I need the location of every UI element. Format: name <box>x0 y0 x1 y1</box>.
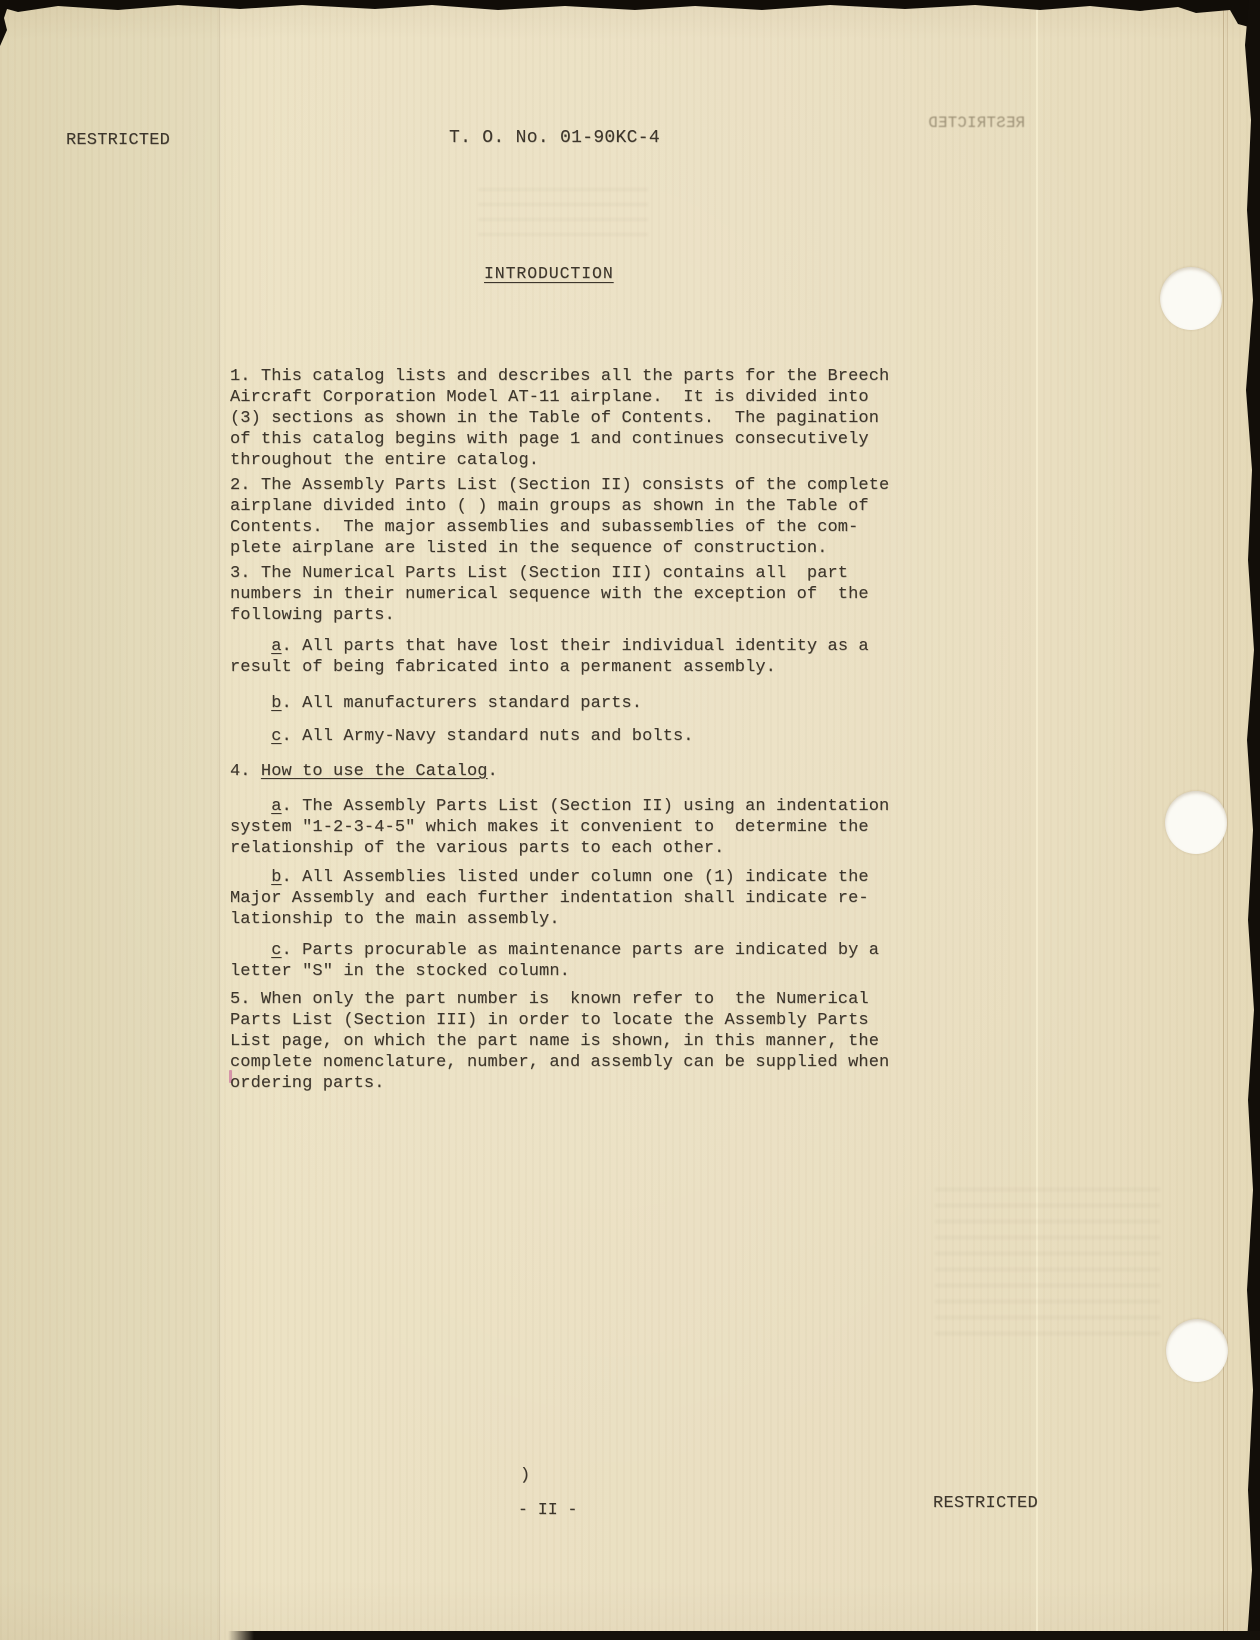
footer-classification: RESTRICTED <box>933 1493 1038 1515</box>
paragraph-5: 5. When only the part number is known re… <box>230 989 889 1094</box>
hole-punch-middle <box>1165 791 1227 854</box>
text-line: c. Parts procurable as maintenance parts… <box>230 940 879 961</box>
stray-paren-mark: ) <box>520 1465 530 1487</box>
text-line: throughout the entire catalog. <box>230 450 889 471</box>
text-line: b. All manufacturers standard parts. <box>230 693 642 714</box>
scan-edge-right <box>1244 0 1260 1640</box>
underlined-text: c <box>271 941 281 960</box>
scanned-document-page: RESTRICTED T. O. No. 01-90KC-4 RESTRICTE… <box>0 0 1260 1640</box>
text-line: Major Assembly and each further indentat… <box>230 888 869 909</box>
text-line: system "1-2-3-4-5" which makes it conven… <box>230 817 889 838</box>
text-line: c. All Army-Navy standard nuts and bolts… <box>230 726 694 747</box>
item-3a: a. All parts that have lost their indivi… <box>230 636 869 678</box>
text-segment: . All manufacturers standard parts. <box>282 694 643 713</box>
item-4b: b. All Assemblies listed under column on… <box>230 867 869 930</box>
text-line: List page, on which the part name is sho… <box>230 1031 889 1052</box>
item-3c: c. All Army-Navy standard nuts and bolts… <box>230 726 694 747</box>
text-line: a. All parts that have lost their indivi… <box>230 636 869 657</box>
paragraph-2: 2. The Assembly Parts List (Section II) … <box>230 475 889 559</box>
text-line: 5. When only the part number is known re… <box>230 989 889 1010</box>
underlined-text: c <box>271 727 281 746</box>
vertical-light-line <box>1036 0 1038 1640</box>
underlined-text: How to use the Catalog <box>261 762 488 781</box>
footer-page-number: - II - <box>518 1499 577 1521</box>
text-line: 1. This catalog lists and describes all … <box>230 366 889 387</box>
text-segment: 4. <box>230 762 261 781</box>
text-line: complete nomenclature, number, and assem… <box>230 1052 889 1073</box>
text-line: airplane divided into ( ) main groups as… <box>230 496 889 517</box>
bleed-through-restricted-text: RESTRICTED <box>928 112 1025 134</box>
underlined-text: a <box>271 637 281 656</box>
scan-edge-bottom <box>228 1631 1260 1640</box>
text-segment: . All parts that have lost their individ… <box>282 637 869 656</box>
text-line: a. The Assembly Parts List (Section II) … <box>230 796 889 817</box>
bleed-through-smudge-top <box>478 176 648 236</box>
paragraph-1: 1. This catalog lists and describes all … <box>230 366 889 471</box>
text-line: (3) sections as shown in the Table of Co… <box>230 408 889 429</box>
bleed-through-smudge-bottom <box>935 1185 1160 1335</box>
text-line: 4. How to use the Catalog. <box>230 761 498 782</box>
item-4a: a. The Assembly Parts List (Section II) … <box>230 796 889 859</box>
text-segment <box>230 727 271 746</box>
header-classification: RESTRICTED <box>66 130 170 152</box>
text-segment <box>230 868 271 887</box>
item-3b: b. All manufacturers standard parts. <box>230 693 642 714</box>
paragraph-3: 3. The Numerical Parts List (Section III… <box>230 563 869 626</box>
page-title: INTRODUCTION <box>484 263 614 285</box>
text-segment: . Parts procurable as maintenance parts … <box>282 941 880 960</box>
page-edge-line-2 <box>1227 0 1228 1640</box>
text-line: Aircraft Corporation Model AT-11 airplan… <box>230 387 889 408</box>
text-line: lationship to the main assembly. <box>230 909 869 930</box>
text-line: following parts. <box>230 605 869 626</box>
text-line: 2. The Assembly Parts List (Section II) … <box>230 475 889 496</box>
text-segment: . All Assemblies listed under column one… <box>282 868 869 887</box>
underlined-text: b <box>271 694 281 713</box>
text-segment <box>230 694 271 713</box>
hole-punch-top <box>1160 267 1222 330</box>
underlined-text: a <box>271 797 281 816</box>
item-4c: c. Parts procurable as maintenance parts… <box>230 940 879 982</box>
underlined-text: b <box>271 868 281 887</box>
text-line: numbers in their numerical sequence with… <box>230 584 869 605</box>
text-line: b. All Assemblies listed under column on… <box>230 867 869 888</box>
text-line: plete airplane are listed in the sequenc… <box>230 538 889 559</box>
paper-tone-band <box>0 0 219 1640</box>
text-line: relationship of the various parts to eac… <box>230 838 889 859</box>
text-line: ordering parts. <box>230 1073 889 1094</box>
paragraph-4: 4. How to use the Catalog. <box>230 761 498 782</box>
text-line: result of being fabricated into a perman… <box>230 657 869 678</box>
text-line: 3. The Numerical Parts List (Section III… <box>230 563 869 584</box>
header-doc-number: T. O. No. 01-90KC-4 <box>449 127 660 149</box>
text-line: letter "S" in the stocked column. <box>230 961 879 982</box>
text-segment <box>230 797 271 816</box>
hole-punch-bottom <box>1166 1319 1228 1382</box>
text-line: of this catalog begins with page 1 and c… <box>230 429 889 450</box>
text-segment <box>230 941 271 960</box>
text-segment: . The Assembly Parts List (Section II) u… <box>282 797 890 816</box>
text-segment: . <box>488 762 498 781</box>
text-segment: . All Army-Navy standard nuts and bolts. <box>282 727 694 746</box>
text-segment <box>230 637 271 656</box>
text-line: Contents. The major assemblies and subas… <box>230 517 889 538</box>
text-line: Parts List (Section III) in order to loc… <box>230 1010 889 1031</box>
vertical-crease-line <box>219 0 221 1640</box>
